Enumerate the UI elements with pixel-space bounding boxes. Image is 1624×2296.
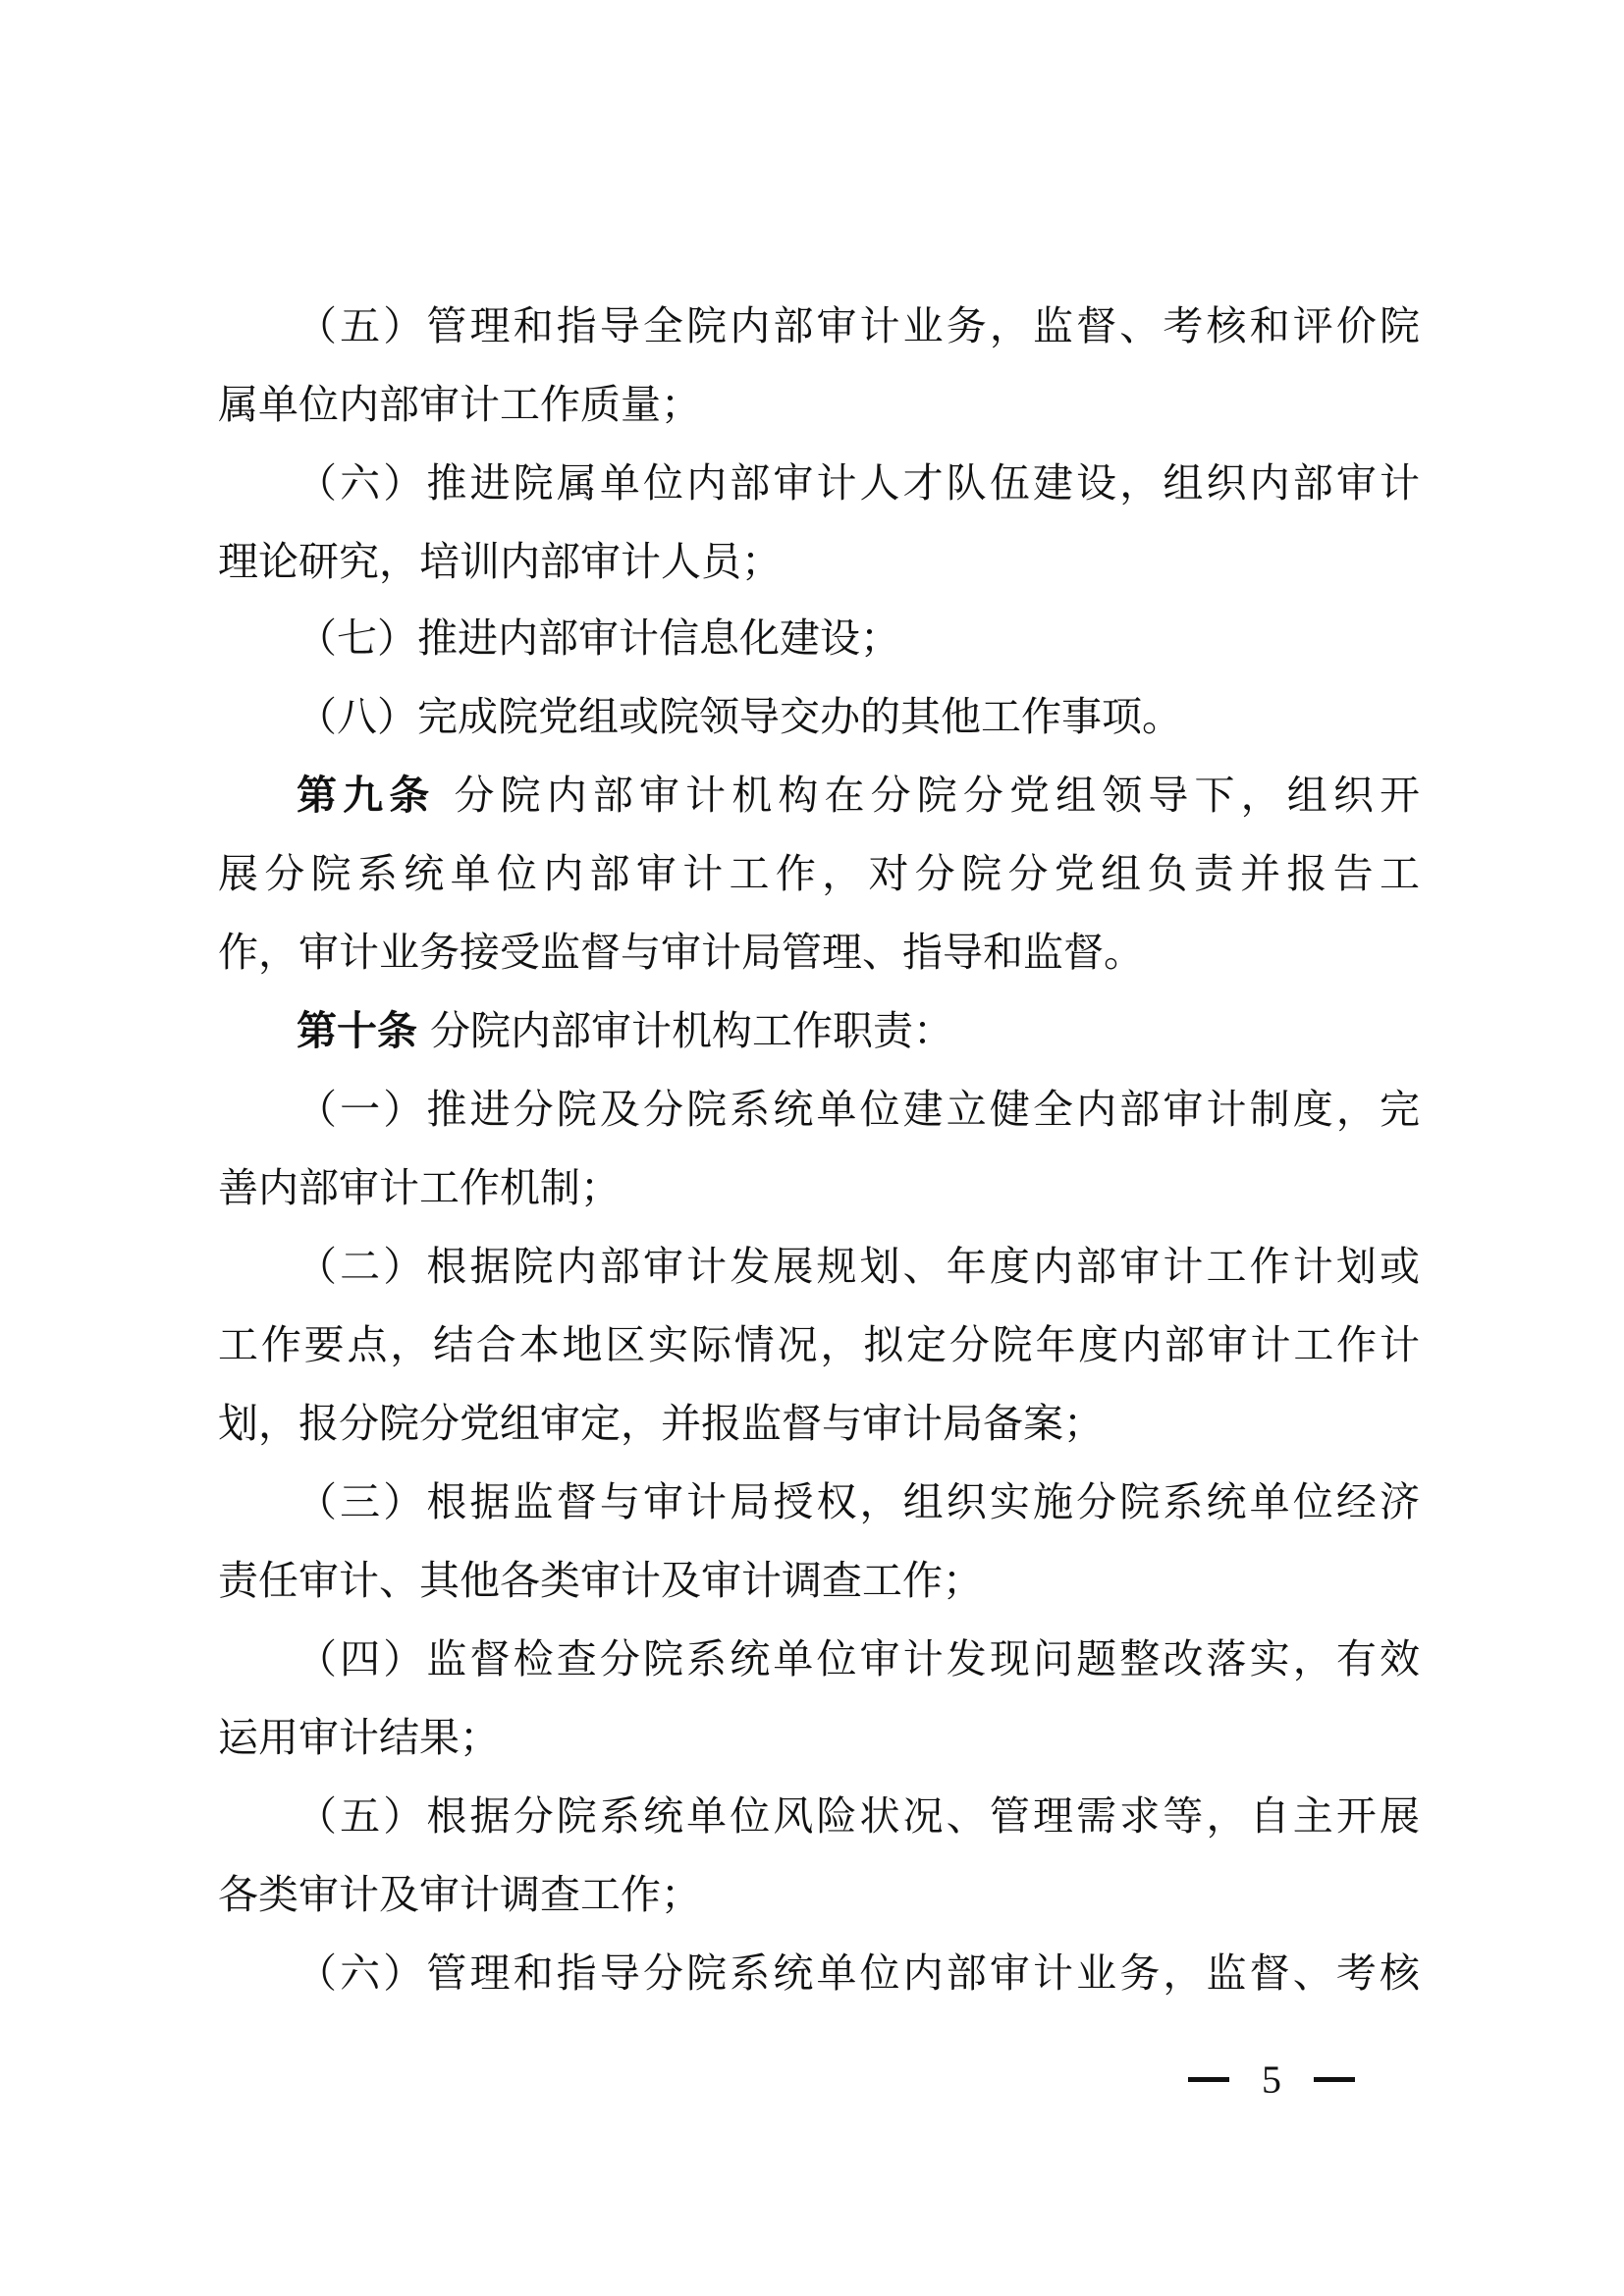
line-text: 分院内部审计机构工作职责： <box>417 1007 953 1054</box>
text-line: （三）根据监督与审计局授权，组织实施分院系统单位经济 <box>297 1472 1420 1531</box>
page-number: 5 <box>1262 2056 1281 2103</box>
line-text: （八）完成院党组或院领导交办的其他工作事项。 <box>297 693 1182 740</box>
text-line: 划，报分院分党组审定，并报监督与审计局备案； <box>218 1394 1420 1453</box>
text-line: 运用审计结果； <box>218 1708 1420 1767</box>
article-number: 第十条 <box>297 1007 417 1054</box>
text-line: （五）管理和指导全院内部审计业务，监督、考核和评价院 <box>297 296 1420 355</box>
line-text: （二）根据院内部审计发展规划、年度内部审计工作计划或 <box>297 1243 1420 1290</box>
text-line: 理论研究，培训内部审计人员； <box>218 532 1420 591</box>
document-page: （五）管理和指导全院内部审计业务，监督、考核和评价院属单位内部审计工作质量；（六… <box>0 0 1624 2296</box>
line-text: （三）根据监督与审计局授权，组织实施分院系统单位经济 <box>297 1478 1420 1525</box>
line-text: （四）监督检查分院系统单位审计发现问题整改落实，有效 <box>297 1635 1420 1682</box>
line-text: 理论研究，培训内部审计人员； <box>218 538 782 585</box>
page-number-footer: 5 <box>1188 2059 1355 2099</box>
left-dash <box>1188 2077 1229 2082</box>
text-line: （七）推进内部审计信息化建设； <box>297 609 1420 667</box>
text-line: 各类审计及审计调查工作； <box>218 1865 1420 1924</box>
text-line: （六）推进院属单位内部审计人才队伍建设，组织内部审计 <box>297 454 1420 512</box>
text-line: （一）推进分院及分院系统单位建立健全内部审计制度，完 <box>297 1080 1420 1139</box>
line-text: （七）推进内部审计信息化建设； <box>297 614 900 662</box>
text-line: 展分院系统单位内部审计工作，对分院分党组负责并报告工 <box>218 844 1420 903</box>
line-text: 运用审计结果； <box>218 1714 500 1761</box>
line-text: 各类审计及审计调查工作； <box>218 1871 701 1918</box>
article-heading-line: 第十条 分院内部审计机构工作职责： <box>297 1001 1420 1060</box>
line-text: 属单位内部审计工作质量； <box>218 381 701 428</box>
text-line: （四）监督检查分院系统单位审计发现问题整改落实，有效 <box>297 1629 1420 1688</box>
line-text: （六）推进院属单位内部审计人才队伍建设，组织内部审计 <box>297 459 1420 507</box>
article-number: 第九条 <box>297 772 435 819</box>
line-text: 责任审计、其他各类审计及审计调查工作； <box>218 1557 983 1604</box>
line-text: （五）管理和指导全院内部审计业务，监督、考核和评价院 <box>297 302 1420 349</box>
text-line: 工作要点，结合本地区实际情况，拟定分院年度内部审计工作计 <box>218 1315 1420 1374</box>
text-line: 责任审计、其他各类审计及审计调查工作； <box>218 1551 1420 1610</box>
text-line: 属单位内部审计工作质量； <box>218 375 1420 434</box>
line-text: （五）根据分院系统单位风险状况、管理需求等，自主开展 <box>297 1792 1420 1840</box>
text-line: 善内部审计工作机制； <box>218 1158 1420 1217</box>
line-text: （六）管理和指导分院系统单位内部审计业务，监督、考核 <box>297 1949 1420 1997</box>
line-text: 工作要点，结合本地区实际情况，拟定分院年度内部审计工作计 <box>218 1321 1420 1368</box>
line-text: 分院内部审计机构在分院分党组领导下，组织开 <box>435 772 1420 819</box>
text-line: （五）根据分院系统单位风险状况、管理需求等，自主开展 <box>297 1787 1420 1845</box>
article-heading-line: 第九条 分院内部审计机构在分院分党组领导下，组织开 <box>297 766 1420 825</box>
text-line: （六）管理和指导分院系统单位内部审计业务，监督、考核 <box>297 1944 1420 2002</box>
text-line: （八）完成院党组或院领导交办的其他工作事项。 <box>297 687 1420 746</box>
text-line: （二）根据院内部审计发展规划、年度内部审计工作计划或 <box>297 1237 1420 1296</box>
line-text: 展分院系统单位内部审计工作，对分院分党组负责并报告工 <box>218 850 1420 897</box>
text-line: 作，审计业务接受监督与审计局管理、指导和监督。 <box>218 923 1420 982</box>
line-text: 善内部审计工作机制； <box>218 1164 621 1211</box>
line-text: 作，审计业务接受监督与审计局管理、指导和监督。 <box>218 929 1144 976</box>
line-text: （一）推进分院及分院系统单位建立健全内部审计制度，完 <box>297 1086 1420 1133</box>
line-text: 划，报分院分党组审定，并报监督与审计局备案； <box>218 1400 1104 1447</box>
right-dash <box>1314 2077 1355 2082</box>
